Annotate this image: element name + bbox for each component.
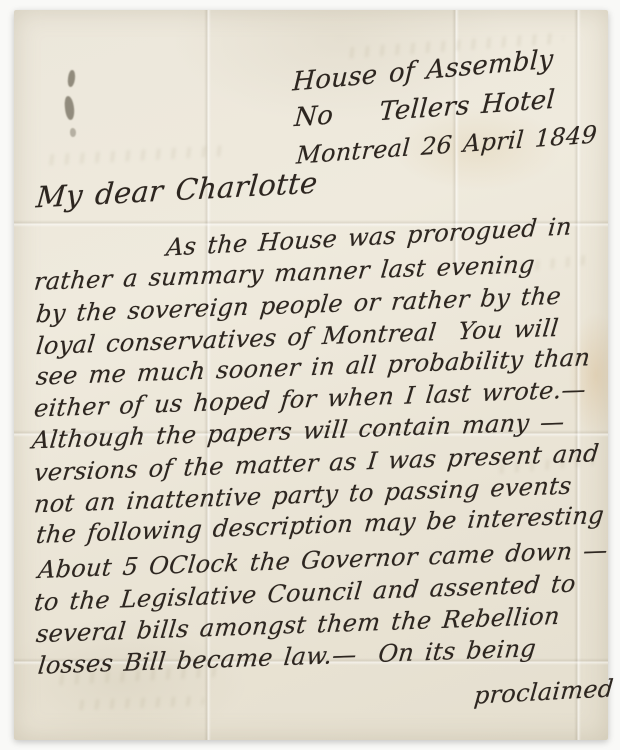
ink-blot	[70, 128, 76, 137]
salutation: My dear Charlotte	[35, 166, 319, 215]
letter-page: House of Assembly No Tellers Hotel Montr…	[14, 10, 608, 740]
catchword: proclaimed	[473, 674, 615, 709]
bleed-through-writing	[44, 145, 224, 165]
ink-blot	[67, 70, 76, 88]
letter-scan-backdrop: House of Assembly No Tellers Hotel Montr…	[0, 0, 620, 750]
bleed-through-writing	[74, 696, 204, 711]
ink-blot	[64, 96, 75, 121]
